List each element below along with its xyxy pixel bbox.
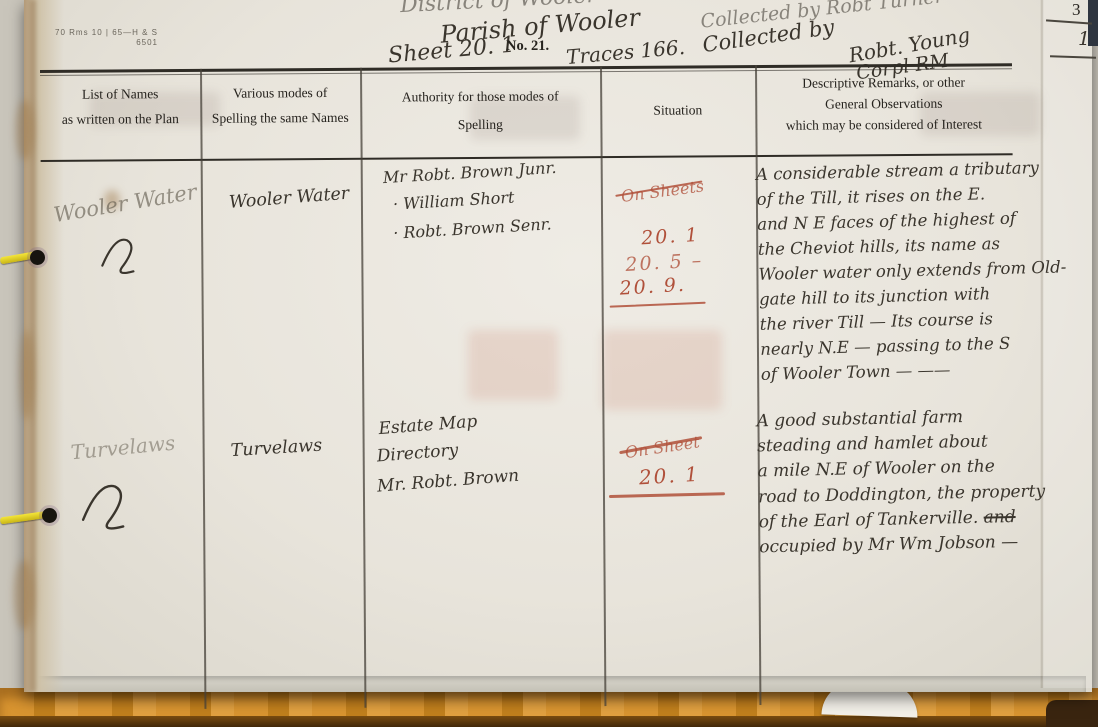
dark-corner xyxy=(1046,700,1098,727)
authority-line: Mr Robt. Brown Junr. xyxy=(382,158,557,187)
col-header-line: Spelling the same Names xyxy=(200,105,360,131)
check-mark-icon xyxy=(99,233,147,277)
remarks-paragraph: A considerable stream a tributary of the… xyxy=(756,154,1096,387)
col-header-authority: Authority for those modes of Spelling xyxy=(360,82,600,140)
col-header-line: Authority for those modes of xyxy=(360,82,600,112)
spelling-entry: Turvelaws xyxy=(230,436,323,461)
authority-line: · William Short xyxy=(392,188,514,214)
col-header-line: which may be considered of Interest xyxy=(755,113,1012,136)
table-shadow xyxy=(0,716,1098,727)
stamp-line1: 70 Rms 10 | 65—H & S xyxy=(48,28,158,38)
col-header-line: Spelling xyxy=(360,110,600,140)
col-header-line: List of Names xyxy=(40,81,200,107)
column-divider xyxy=(360,68,366,708)
ledger-photo: 70 Rms 10 | 65—H & S 6501 District of Wo… xyxy=(0,0,1098,727)
col-header-names: List of Names as written on the Plan xyxy=(40,81,200,132)
col-header-remarks: Descriptive Remarks, or other General Ob… xyxy=(755,71,1012,136)
col-header-line: Descriptive Remarks, or other xyxy=(755,71,1012,94)
column-divider xyxy=(600,66,606,706)
situation-ref: 20. 1 xyxy=(638,462,700,490)
check-mark-icon xyxy=(79,477,141,533)
remarks-paragraph: A good substantial farm steading and ham… xyxy=(756,402,1098,560)
col-header-line: Situation xyxy=(600,97,755,123)
authority-line: Estate Map xyxy=(378,412,478,440)
authority-line: Mr. Robt. Brown xyxy=(376,466,520,497)
col-header-line: Various modes of xyxy=(200,80,360,106)
plan-name-pencil: Wooler Water xyxy=(52,180,198,227)
struck-word: and xyxy=(983,507,1015,528)
authority-line: · Robt. Brown Senr. xyxy=(393,214,552,242)
spelling-entry: Wooler Water xyxy=(228,184,350,213)
red-underline xyxy=(610,302,706,308)
col-header-line: as written on the Plan xyxy=(40,106,200,132)
col-header-spelling-modes: Various modes of Spelling the same Names xyxy=(200,80,360,131)
binding-stain xyxy=(16,100,34,160)
stamp-line2: 6501 xyxy=(48,38,158,48)
col-header-situation: Situation xyxy=(600,97,755,123)
binding-stain xyxy=(20,330,34,420)
situation-ref: 20. 5 – xyxy=(625,249,704,276)
binding-stain xyxy=(14,560,34,630)
remarks-text: of the Earl of Tankerville. xyxy=(759,508,984,533)
page-no-label: No. 21. xyxy=(506,38,549,55)
folio-number: 1 xyxy=(1078,28,1090,50)
name-book-table: List of Names as written on the Plan Var… xyxy=(40,63,1019,710)
situation-ref: 20. 1 xyxy=(641,224,701,249)
folio-number-top: 3 xyxy=(1072,0,1081,20)
authority-line: Directory xyxy=(376,440,459,466)
col-header-line: General Observations xyxy=(755,92,1012,115)
printers-stamp: 70 Rms 10 | 65—H & S 6501 xyxy=(48,28,158,48)
column-divider xyxy=(200,69,206,709)
plan-name-pencil: Turvelaws xyxy=(70,431,176,465)
situation-ref: 20. 9. xyxy=(619,274,687,300)
red-underline xyxy=(609,492,725,497)
